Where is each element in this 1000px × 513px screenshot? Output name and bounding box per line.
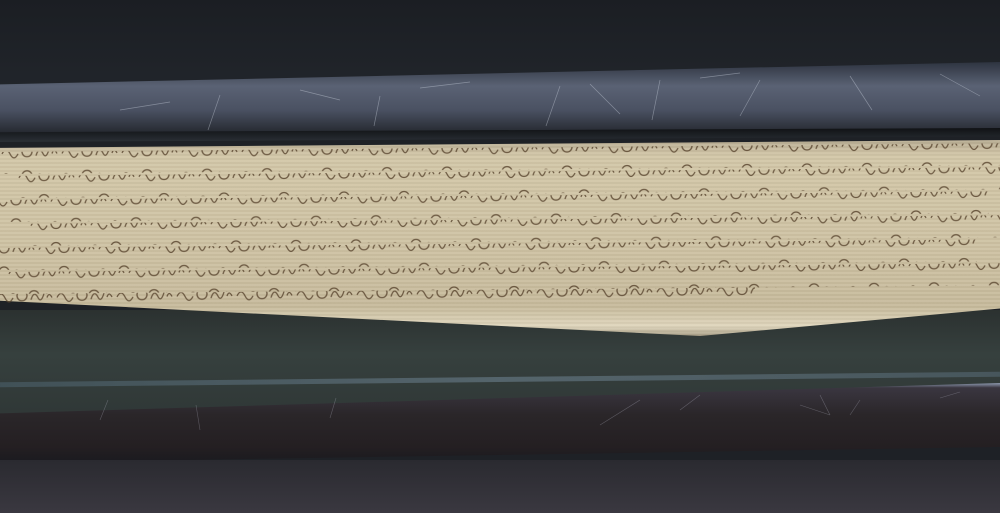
dark-background-bottom bbox=[0, 460, 1000, 513]
manuscript-script bbox=[0, 140, 1000, 336]
